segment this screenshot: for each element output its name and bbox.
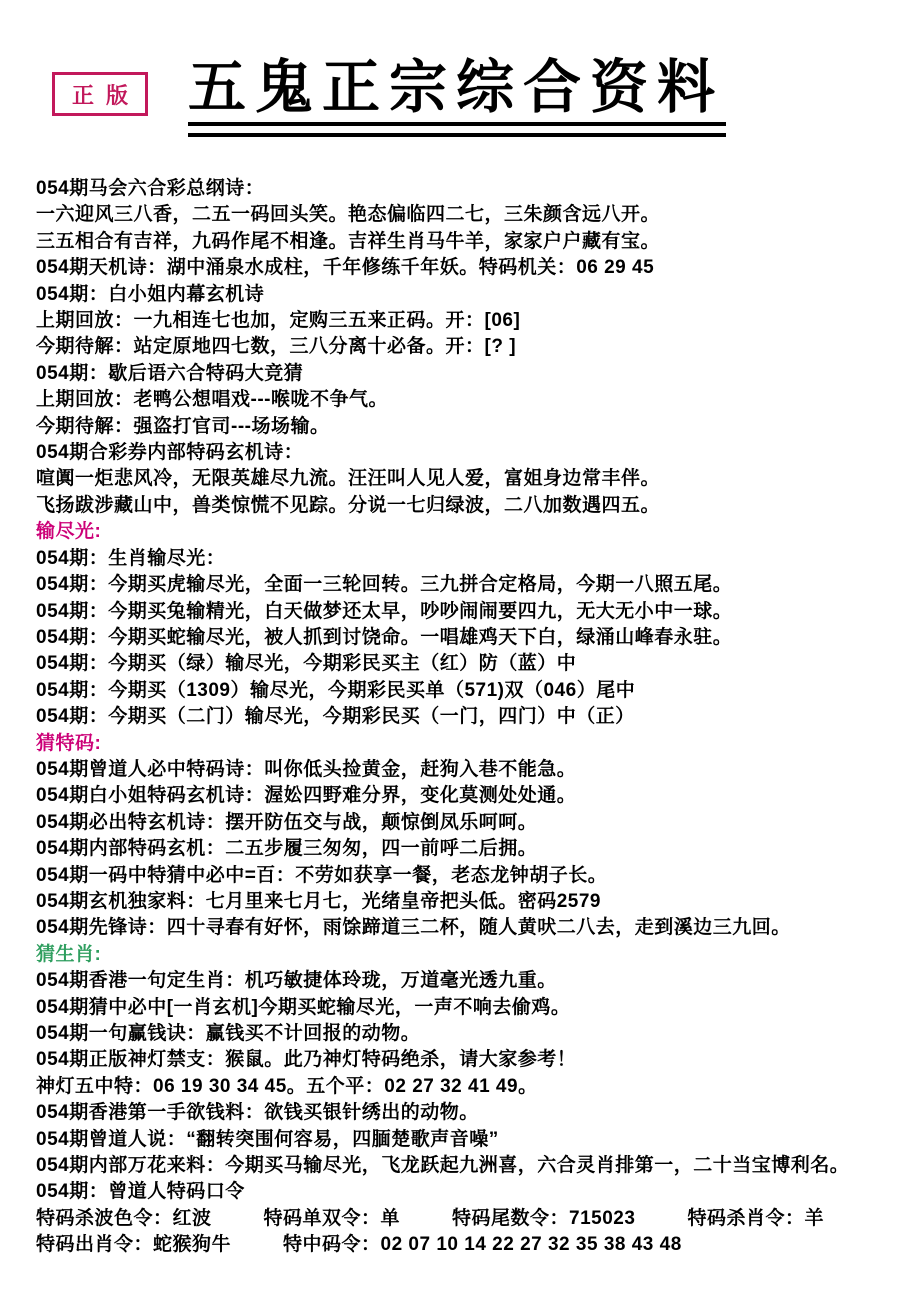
code-segment: 特码杀波色令：红波	[36, 1208, 212, 1229]
code-segment: 特码单双令：单	[264, 1208, 401, 1229]
text-line: 054期内部万花来料：今期买马输尽光，飞龙跃起九洲喜，六合灵肖排第一，二十当宝博…	[36, 1153, 896, 1179]
text-line: 三五相合有吉祥，九码作尾不相逢。吉祥生肖马牛羊，家家户户藏有宝。	[36, 229, 896, 255]
text-line: 054期：白小姐内幕玄机诗	[36, 282, 896, 308]
text-line: 飞扬跋涉藏山中，兽类惊慌不见踪。分说一七归绿波，二八加数遇四五。	[36, 493, 896, 519]
text-line: 神灯五中特：06 19 30 34 45。五个平：02 27 32 41 49。	[36, 1074, 896, 1100]
badge-label: 正版	[72, 79, 140, 110]
text-line: 054期天机诗：湖中涌泉水成柱，千年修练千年妖。特码机关：06 29 45	[36, 255, 896, 281]
code-segment: 特码出肖令：蛇猴狗牛	[36, 1234, 231, 1255]
text-line: 特码出肖令：蛇猴狗牛特中码令：02 07 10 14 22 27 32 35 3…	[36, 1232, 896, 1258]
text-line: 054期必出特玄机诗：摆开防伍交与战，颠惊倒凤乐呵呵。	[36, 810, 896, 836]
text-line: 今期待解：站定原地四七数，三八分离十必备。开：[? ]	[36, 334, 896, 360]
section-header: 输尽光:	[36, 519, 896, 545]
authentic-badge: 正版	[52, 72, 148, 116]
text-line: 054期：今期买虎输尽光，全面一三轮回转。三九拼合定格局，今期一八照五尾。	[36, 572, 896, 598]
text-line: 054期白小姐特码玄机诗：渥妐四野难分界，变化莫测处处通。	[36, 783, 896, 809]
text-line: 054期先锋诗：四十寻春有好怀，雨馀蹄道三二杯，随人黄吠二八去，走到溪边三九回。	[36, 915, 896, 941]
text-line: 上期回放：老鸭公想唱戏---喉咙不争气。	[36, 387, 896, 413]
text-line: 054期：今期买（绿）输尽光，今期彩民买主（红）防（蓝）中	[36, 651, 896, 677]
title-underline-top	[188, 122, 726, 126]
text-line: 054期一码中特猜中必中=百：不劳如获享一餐，老态龙钟胡子长。	[36, 863, 896, 889]
text-line: 054期：今期买（1309）输尽光，今期彩民买单（571)双（046）尾中	[36, 678, 896, 704]
text-line: 054期：生肖输尽光：	[36, 546, 896, 572]
text-line: 054期：今期买（二门）输尽光，今期彩民买（一门，四门）中（正）	[36, 704, 896, 730]
section-header: 猜生肖:	[36, 942, 896, 968]
text-line: 054期：曾道人特码口令	[36, 1179, 896, 1205]
title-underline-bottom	[188, 133, 726, 137]
code-segment: 特码尾数令：715023	[452, 1208, 635, 1229]
text-line: 上期回放：一九相连七也加，定购三五来正码。开：[06]	[36, 308, 896, 334]
text-line: 054期一句赢钱诀：赢钱买不计回报的动物。	[36, 1021, 896, 1047]
text-line: 054期曾道人必中特码诗：叫你低头捡黄金，赶狗入巷不能急。	[36, 757, 896, 783]
page-title: 五鬼正宗综合资料	[188, 56, 726, 121]
text-line: 054期猜中必中[一肖玄机]今期买蛇输尽光，一声不响去偷鸡。	[36, 995, 896, 1021]
text-line: 喧阗一炬悲风冷，无限英雄尽九流。汪汪叫人见人爱，富姐身边常丰伴。	[36, 466, 896, 492]
text-line: 054期合彩券内部特码玄机诗：	[36, 440, 896, 466]
text-line: 054期：歇后语六合特码大竞猜	[36, 361, 896, 387]
text-line: 054期内部特码玄机：二五步履三匆匆，四一前呼二后拥。	[36, 836, 896, 862]
code-segment: 特中码令：02 07 10 14 22 27 32 35 38 43 48	[283, 1234, 682, 1255]
text-line: 054期马会六合彩总纲诗：	[36, 176, 896, 202]
text-line: 054期香港第一手欲钱料：欲钱买银针绣出的动物。	[36, 1100, 896, 1126]
text-line: 054期：今期买蛇输尽光，被人抓到讨饶命。一唱雄鸡天下白，绿涌山峰春永驻。	[36, 625, 896, 651]
text-line: 054期香港一句定生肖：机巧敏捷体玲珑，万道毫光透九重。	[36, 968, 896, 994]
text-line: 一六迎风三八香，二五一码回头笑。艳态偏临四二七，三朱颜含远八开。	[36, 202, 896, 228]
page: 正版 五鬼正宗综合资料 054期马会六合彩总纲诗：一六迎风三八香，二五一码回头笑…	[0, 0, 900, 1301]
content-lines: 054期马会六合彩总纲诗：一六迎风三八香，二五一码回头笑。艳态偏临四二七，三朱颜…	[36, 176, 896, 1259]
text-line: 054期正版神灯禁支：猴鼠。此乃神灯特码绝杀，请大家参考！	[36, 1047, 896, 1073]
title-block: 五鬼正宗综合资料	[188, 56, 726, 137]
text-line: 054期曾道人说：“翻转突围何容易，四腼楚歌声音噪”	[36, 1127, 896, 1153]
text-line: 今期待解：强盗打官司---场场输。	[36, 414, 896, 440]
code-segment: 特码杀肖令：羊	[687, 1208, 824, 1229]
section-header: 猜特码:	[36, 731, 896, 757]
text-line: 054期：今期买兔输精光，白天做梦还太早，吵吵闹闹要四九，无大无小中一球。	[36, 599, 896, 625]
text-line: 特码杀波色令：红波特码单双令：单特码尾数令：715023特码杀肖令：羊	[36, 1206, 896, 1232]
text-line: 054期玄机独家料：七月里来七月七，光绪皇帝把头低。密码2579	[36, 889, 896, 915]
